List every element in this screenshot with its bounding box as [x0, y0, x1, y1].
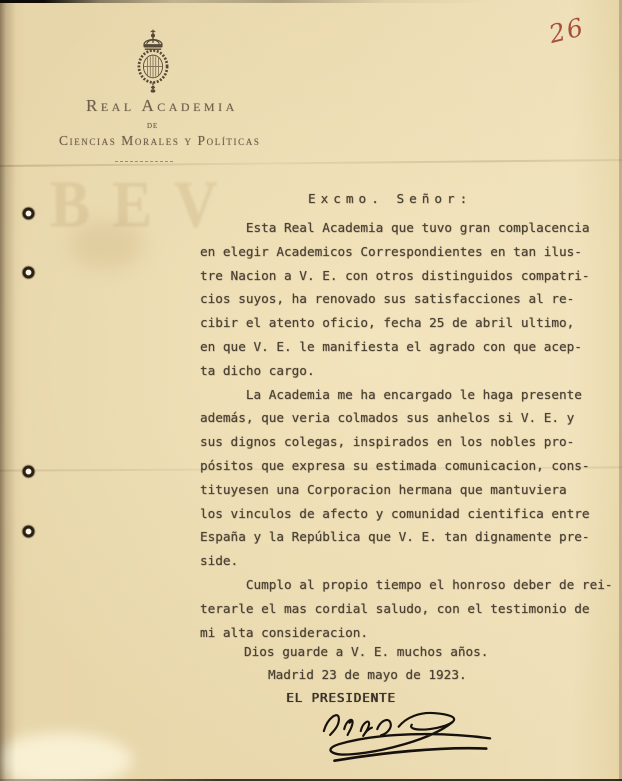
letterhead-institution: Real Academia [86, 96, 238, 116]
letter-line: side. [200, 549, 620, 573]
salutation: Excmo. Señor: [308, 191, 472, 206]
letter-line: en elegir Academicos Correspondientes en… [200, 240, 620, 264]
letter-line: sus dignos colegas, inspirados en los no… [200, 430, 620, 454]
punch-hole [21, 206, 36, 221]
letter-line: terarle el mas cordial saludo, con el te… [200, 597, 620, 621]
royal-crown-crest-icon [133, 29, 173, 93]
letter-line: tituyesen una Corporacion hermana que ma… [200, 478, 620, 502]
binding-edge-shadow [0, 0, 18, 781]
letter-body: Esta Real Academia que tuvo gran complac… [200, 216, 620, 644]
scanned-letter-page: BEV 26 Real A [0, 0, 622, 781]
letter-line: La Academia me ha encargado le haga pres… [200, 383, 620, 407]
letter-line: además, que veria colmados sus anhelos s… [200, 406, 620, 430]
dateline: Madrid 23 de mayo de 1923. [268, 667, 467, 682]
punch-hole [21, 265, 36, 280]
letter-line: ta dicho cargo. [200, 359, 620, 383]
letterhead-connector: de [147, 120, 158, 131]
letter-line: tre Nacion a V. E. con otros distinguido… [200, 264, 620, 288]
letter-line: en que V. E. le manifiesta el agrado con… [200, 335, 620, 359]
letter-line: Esta Real Academia que tuvo gran complac… [200, 216, 620, 240]
handwritten-signature-icon [312, 698, 497, 768]
punch-hole [21, 524, 36, 539]
folio-number-annotation: 26 [546, 12, 588, 49]
punch-hole [21, 464, 36, 479]
letterhead-rule [115, 161, 173, 162]
valediction: Dios guarde a V. E. muchos años. [244, 644, 488, 659]
page-edge [0, 0, 622, 3]
letter-line: los vinculos de afecto y comunidad cient… [200, 502, 620, 526]
letterhead-department: Ciencias Morales y Políticas [59, 133, 260, 149]
paper-stain [0, 733, 132, 781]
letter-line: España y la República que V. E. tan dign… [200, 525, 620, 549]
letter-line: Cumplo al propio tiempo el honroso deber… [200, 573, 620, 597]
letter-line: cios suyos, ha renovado sus satisfaccion… [200, 287, 620, 311]
letter-line: mi alta consideracion. [200, 621, 620, 645]
letter-line: pósitos que expresa su estimada comunica… [200, 454, 620, 478]
letter-line: cibir el atento oficio, fecha 25 de abri… [200, 311, 620, 335]
